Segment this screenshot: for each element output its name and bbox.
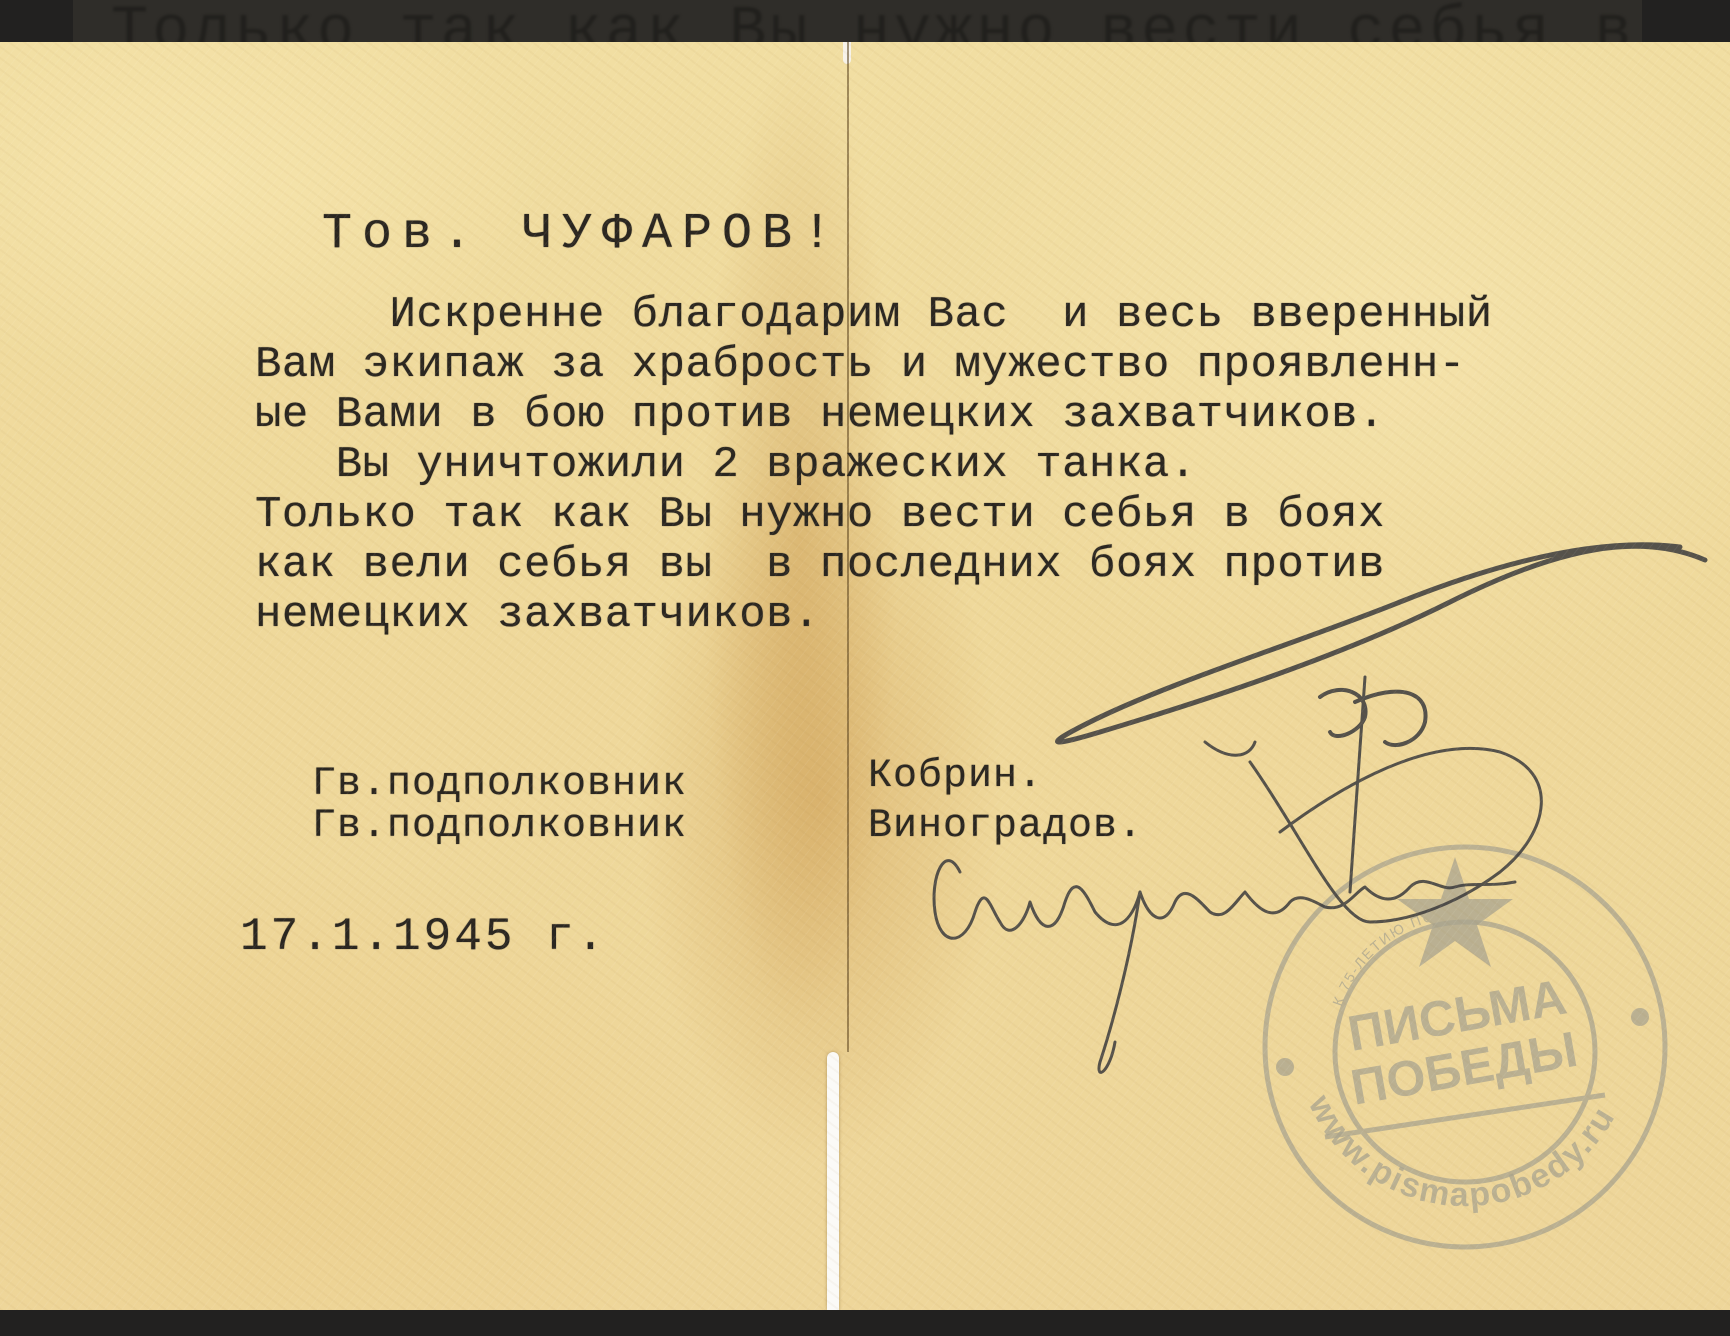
signature-vinogradov xyxy=(934,861,1515,939)
body-line: Вам экипаж за храбрость и мужество прояв… xyxy=(255,340,1466,390)
body-line: немецких захватчиков. xyxy=(255,590,820,640)
body-line: ые Вами в бою против немецких захватчико… xyxy=(255,390,1385,440)
top-strip-preview: Только так как Вы нужно вести себья в xyxy=(73,0,1642,42)
star-icon xyxy=(1397,857,1513,967)
body-line: Искренне благодарим Вас и весь вверенный xyxy=(255,290,1493,340)
signatory-name: Виноградов. xyxy=(868,802,1143,852)
pencil-signatures xyxy=(0,42,1730,1310)
body-line: Только так как Вы нужно вести себья в бо… xyxy=(255,490,1385,540)
paper-tear xyxy=(827,1052,839,1310)
stamp-arc-text: К 75-ЛЕТИЮ ПОБЕДЫ xyxy=(1329,904,1486,1008)
signatory-name: Кобрин. xyxy=(868,752,1043,802)
watermark-stamp: К 75-ЛЕТИЮ ПОБЕДЫ ПИСЬМА ПОБЕДЫ www.pism… xyxy=(1255,837,1675,1257)
stamp-url: www.pismapobedy.ru xyxy=(1301,1088,1623,1214)
stamp-title-1: ПИСЬМА xyxy=(1344,969,1571,1062)
body-line: как вели себья вы в последних боях проти… xyxy=(255,540,1385,590)
svg-text:www.pismapobedy.ru: www.pismapobedy.ru xyxy=(1301,1088,1623,1214)
letter-paper: Тов. ЧУФАРОВ! Искренне благодарим Вас и … xyxy=(0,42,1730,1310)
svg-text:К 75-ЛЕТИЮ ПОБЕДЫ: К 75-ЛЕТИЮ ПОБЕДЫ xyxy=(1329,904,1486,1008)
blurred-text-line: Только так как Вы нужно вести себья в xyxy=(111,0,1636,42)
body-line: Вы уничтожили 2 вражеских танка. xyxy=(255,440,1197,490)
salutation: Тов. ЧУФАРОВ! xyxy=(322,210,842,260)
letter-date: 17.1.1945 г. xyxy=(240,912,607,962)
signatory-rank: Гв.подполковник xyxy=(312,802,687,852)
stamp-title-2: ПОБЕДЫ xyxy=(1347,1021,1582,1116)
top-strip: Только так как Вы нужно вести себья в xyxy=(0,0,1730,42)
